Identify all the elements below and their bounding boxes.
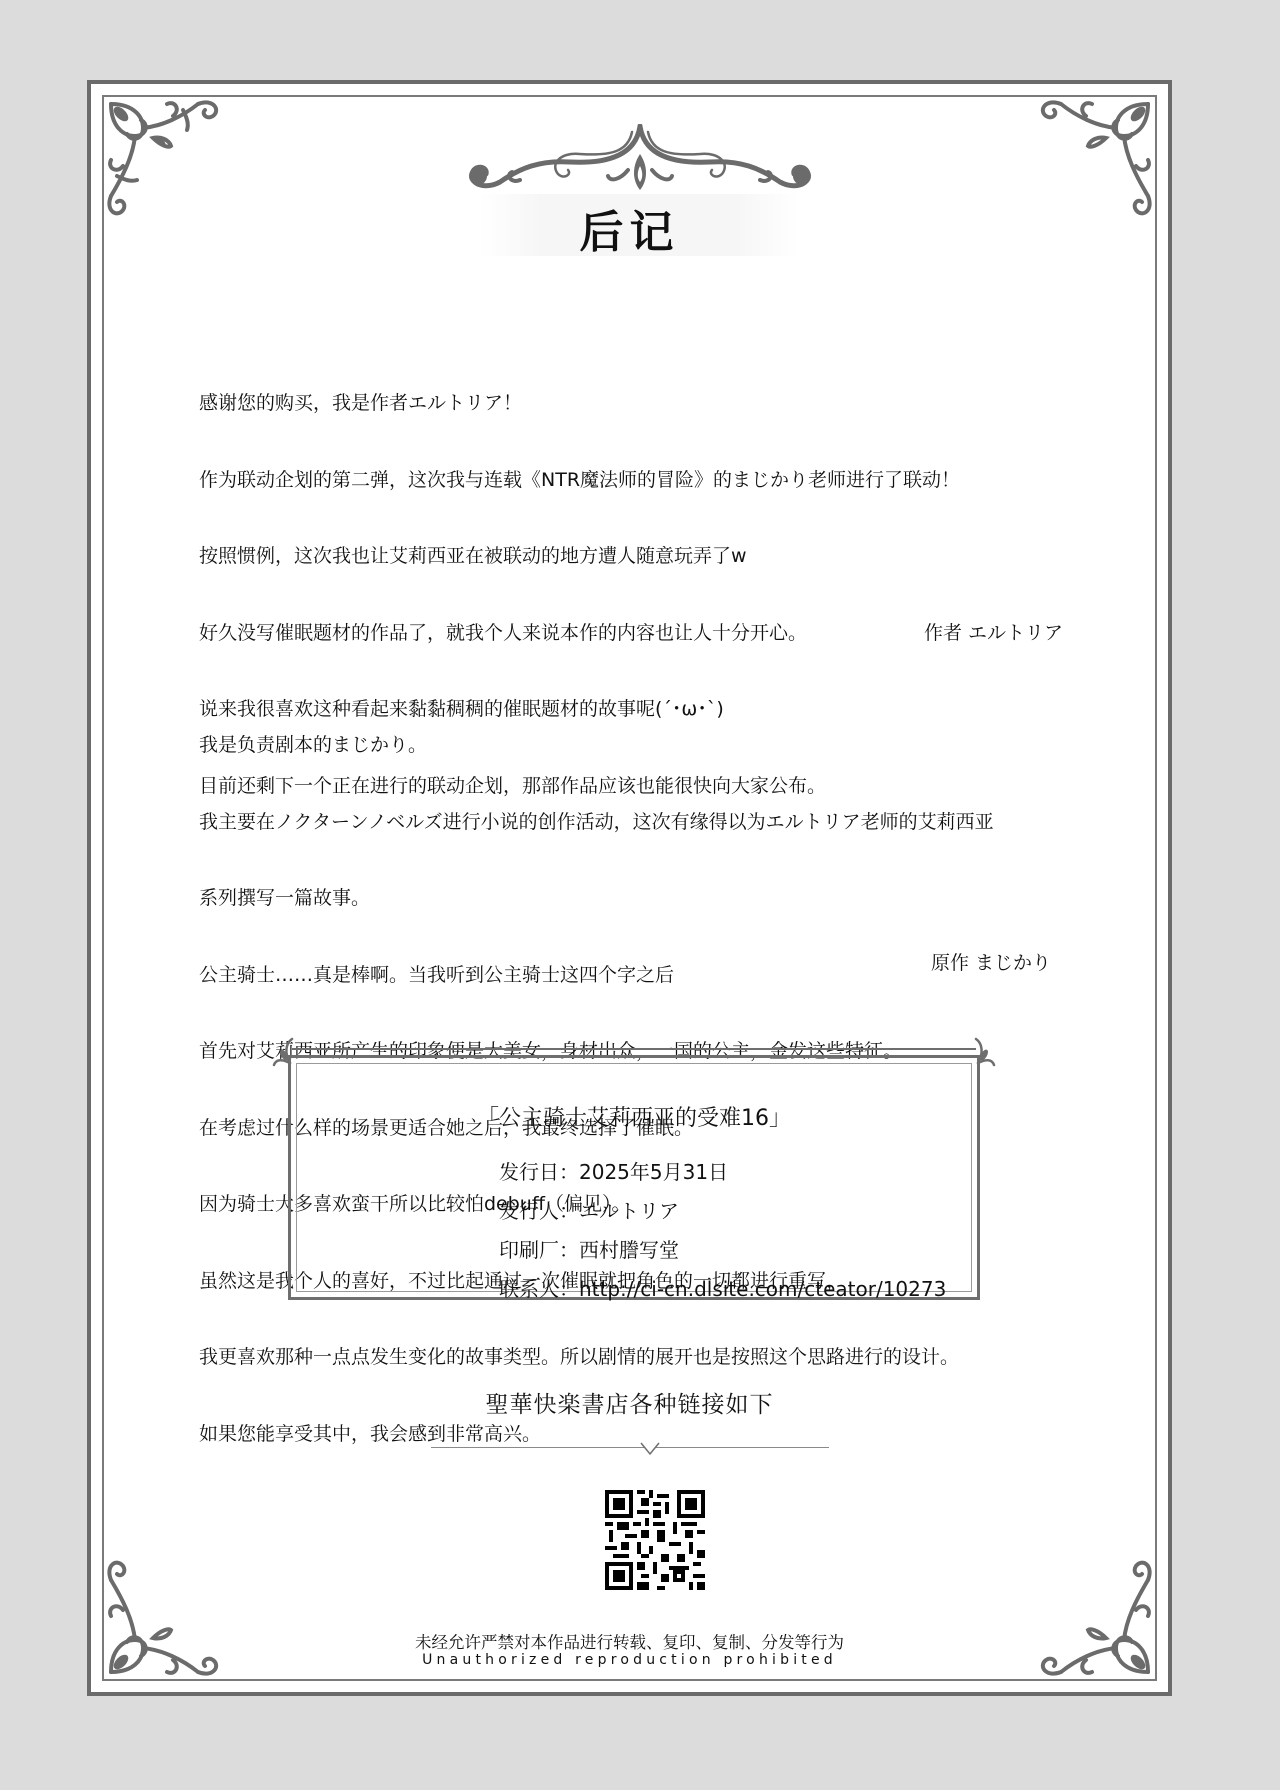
row-value: 西村謄写堂	[579, 1238, 679, 1262]
writer-note-line: 我主要在ノクターンノベルズ进行小说的创作活动，这次有缘得以为エルトリア老师的艾莉…	[199, 810, 994, 836]
colophon-row-publisher: 发行人：エルトリア	[499, 1192, 946, 1231]
writer-note-line: 公主骑士……真是棒啊。当我听到公主骑士这四个字之后	[199, 963, 994, 989]
chevron-down-icon	[640, 1441, 660, 1455]
links-heading: 聖華快楽書店各种链接如下	[91, 1386, 1168, 1419]
row-label: 发行日：	[499, 1160, 579, 1184]
colophon-rows: 发行日：2025年5月31日 发行人：エルトリア 印刷厂：西村謄写堂 联系人：h…	[499, 1153, 946, 1309]
qr-code-icon[interactable]	[605, 1490, 705, 1590]
copyright-notice-en: Unauthorized reproduction prohibited	[91, 1652, 1168, 1668]
author-note-line: 好久没写催眠题材的作品了，就我个人来说本作的内容也让人十分开心。	[199, 621, 960, 647]
colophon-row-contact: 联系人：http://ci-cn.dlsite.com/cteator/1027…	[499, 1270, 946, 1309]
book-title: 「公主骑士艾莉西亚的受难16」	[278, 1101, 990, 1132]
row-label: 印刷厂：	[499, 1238, 579, 1262]
document-page: 后记 感谢您的购买，我是作者エルトリア！ 作为联动企划的第二弹，这次我与连载《N…	[87, 80, 1172, 1696]
colophon-box: 「公主骑士艾莉西亚的受难16」 发行日：2025年5月31日 发行人：エルトリア…	[278, 1035, 990, 1320]
writer-note-line: 系列撰写一篇故事。	[199, 886, 994, 912]
author-note-line: 作为联动企划的第二弹，这次我与连载《NTR魔法师的冒险》的まじかり老师进行了联动…	[199, 468, 960, 494]
author-signature: 作者 エルトリア	[924, 618, 1063, 645]
contact-link[interactable]: http://ci-cn.dlsite.com/cteator/10273	[579, 1277, 946, 1301]
writer-note-line: 我是负责剧本的まじかり。	[199, 733, 994, 759]
row-value: 2025年5月31日	[579, 1160, 728, 1184]
author-note-line: 感谢您的购买，我是作者エルトリア！	[199, 391, 960, 417]
links-divider	[431, 1447, 829, 1448]
row-label: 发行人：	[499, 1199, 579, 1223]
copyright-notice-cn: 未经允许严禁对本作品进行转载、复印、复制、分发等行为	[91, 1629, 1168, 1653]
page-title: 后记	[91, 196, 1168, 260]
writer-note-line: 如果您能享受其中，我会感到非常高兴。	[199, 1422, 994, 1448]
writer-note-line: 我更喜欢那种一点点发生变化的故事类型。所以剧情的展开也是按照这个思路进行的设计。	[199, 1345, 994, 1371]
colophon-row-release-date: 发行日：2025年5月31日	[499, 1153, 946, 1192]
title-flourish-icon	[460, 124, 820, 199]
author-note-line: 按照惯例，这次我也让艾莉西亚在被联动的地方遭人随意玩弄了w	[199, 544, 960, 570]
row-label: 联系人：	[499, 1277, 579, 1301]
colophon-row-printer: 印刷厂：西村謄写堂	[499, 1231, 946, 1270]
row-value: エルトリア	[579, 1199, 679, 1223]
writer-signature: 原作 まじかり	[931, 948, 1051, 975]
colophon-top-rule	[292, 1048, 976, 1050]
